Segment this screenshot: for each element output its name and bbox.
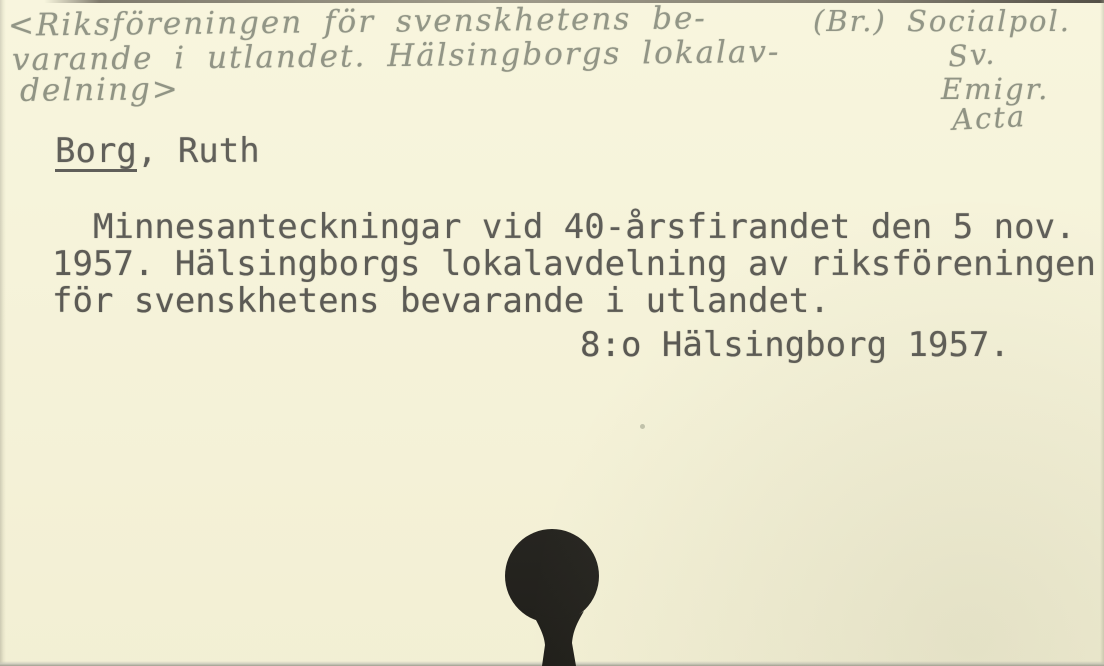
catalog-card: <Riksföreningen för svenskhetens be- var… (0, 0, 1104, 666)
body-line-1: Minnesanteckningar vid 40-årsfirandet de… (52, 209, 1096, 246)
card-body: Minnesanteckningar vid 40-årsfirandet de… (52, 209, 1096, 320)
scan-edge-right (1100, 0, 1104, 666)
classification-note-sv: Sv. (947, 36, 997, 73)
body-line-2: 1957. Hälsingborgs lokalavdelning av rik… (52, 246, 1096, 283)
classification-note-series: (Br.) Socialpol. (813, 4, 1071, 38)
scan-edge-left (0, 0, 6, 666)
punch-hole (492, 523, 616, 666)
surname-underlined: Borg (55, 134, 137, 172)
classification-note-acta: Acta (951, 99, 1027, 137)
imprint-line: 8:o Hälsingborg 1957. (580, 327, 1010, 364)
paper-speck (640, 424, 645, 429)
handwritten-heading-line-3: delning> (20, 71, 180, 109)
given-name: , Ruth (137, 131, 260, 171)
body-line-3: för svenskhetens bevarande i utlandet. (52, 283, 1096, 320)
name-heading: Borg, Ruth (55, 134, 260, 172)
